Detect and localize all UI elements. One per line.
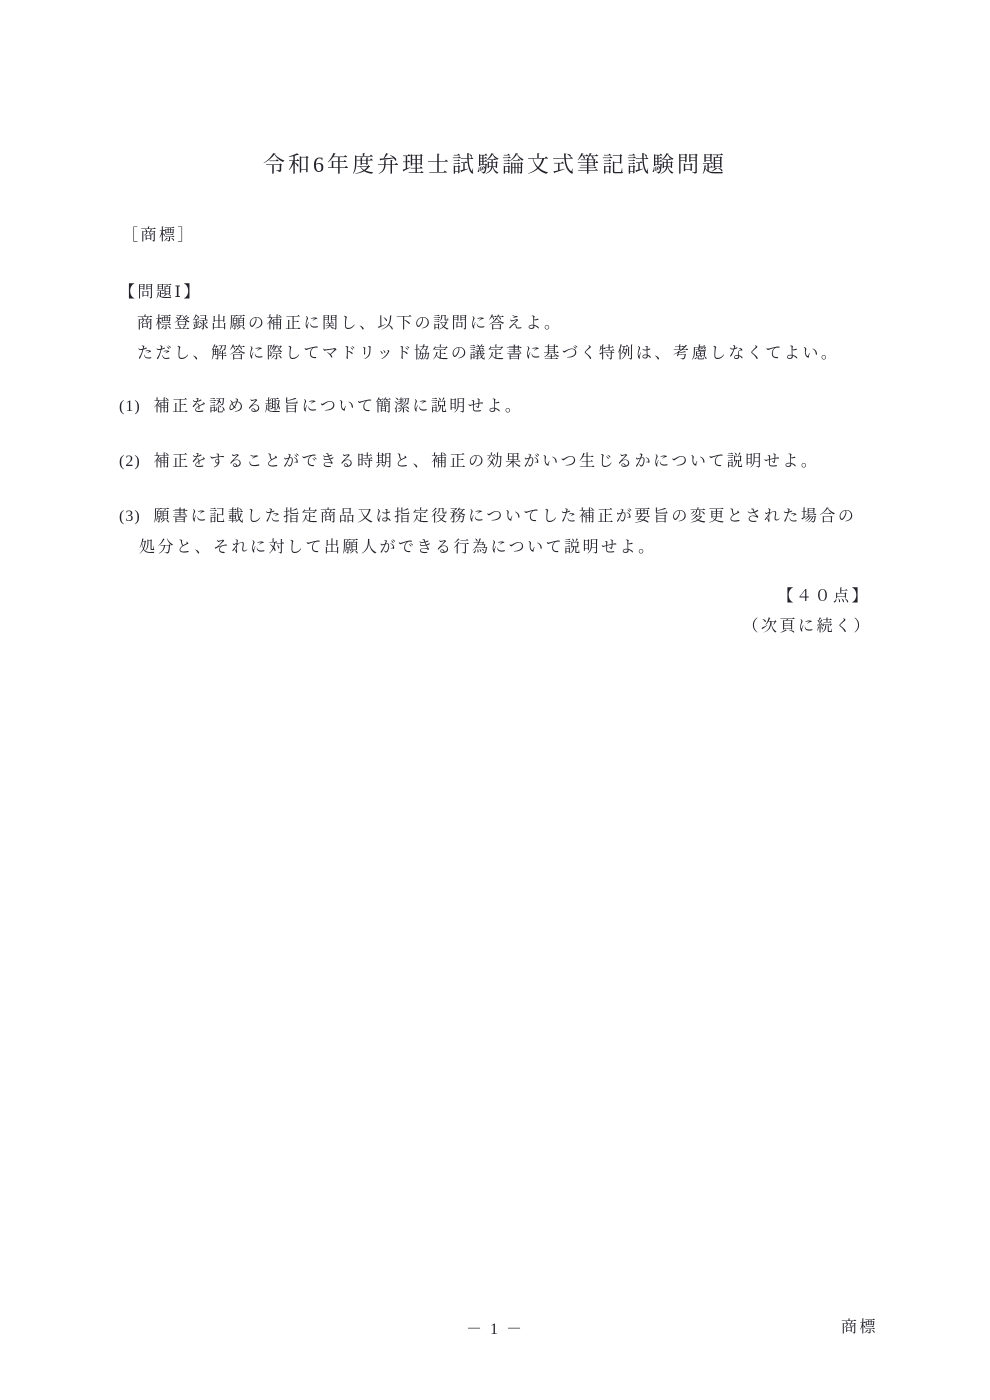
- question-2-number: (2): [119, 452, 141, 472]
- footer-subject-label: 商標: [841, 1318, 878, 1338]
- points-label: 【４０点】: [777, 587, 870, 607]
- problem-heading: 【問題Ⅰ】: [119, 283, 202, 303]
- question-2: (2) 補正をすることができる時期と、補正の効果がいつ生じるかについて説明せよ。: [119, 452, 819, 472]
- question-1: (1) 補正を認める趣旨について簡潔に説明せよ。: [119, 397, 523, 417]
- question-1-number: (1): [119, 397, 141, 417]
- problem-intro-line-2: ただし、解答に際してマドリッド協定の議定書に基づく特例は、考慮しなくてよい。: [137, 344, 839, 364]
- problem-intro-line-1: 商標登録出願の補正に関し、以下の設問に答えよ。: [137, 314, 563, 334]
- category-label: ［商標］: [122, 226, 196, 246]
- document-page: 令和6年度弁理士試験論文式筆記試験問題 ［商標］ 【問題Ⅰ】 商標登録出願の補正…: [0, 0, 990, 1400]
- question-3-text-line-1: 願書に記載した指定商品又は指定役務についてした補正が要旨の変更とされた場合の: [154, 507, 857, 527]
- document-title: 令和6年度弁理士試験論文式筆記試験問題: [0, 151, 990, 179]
- continuation-note: （次頁に続く）: [742, 617, 872, 637]
- question-2-text: 補正をすることができる時期と、補正の効果がいつ生じるかについて説明せよ。: [154, 452, 820, 472]
- question-3-number: (3): [119, 507, 141, 527]
- question-3-text-line-2: 処分と、それに対して出願人ができる行為について説明せよ。: [139, 538, 657, 558]
- question-1-text: 補正を認める趣旨について簡潔に説明せよ。: [154, 397, 524, 417]
- question-3: (3) 願書に記載した指定商品又は指定役務についてした補正が要旨の変更とされた場…: [119, 507, 856, 527]
